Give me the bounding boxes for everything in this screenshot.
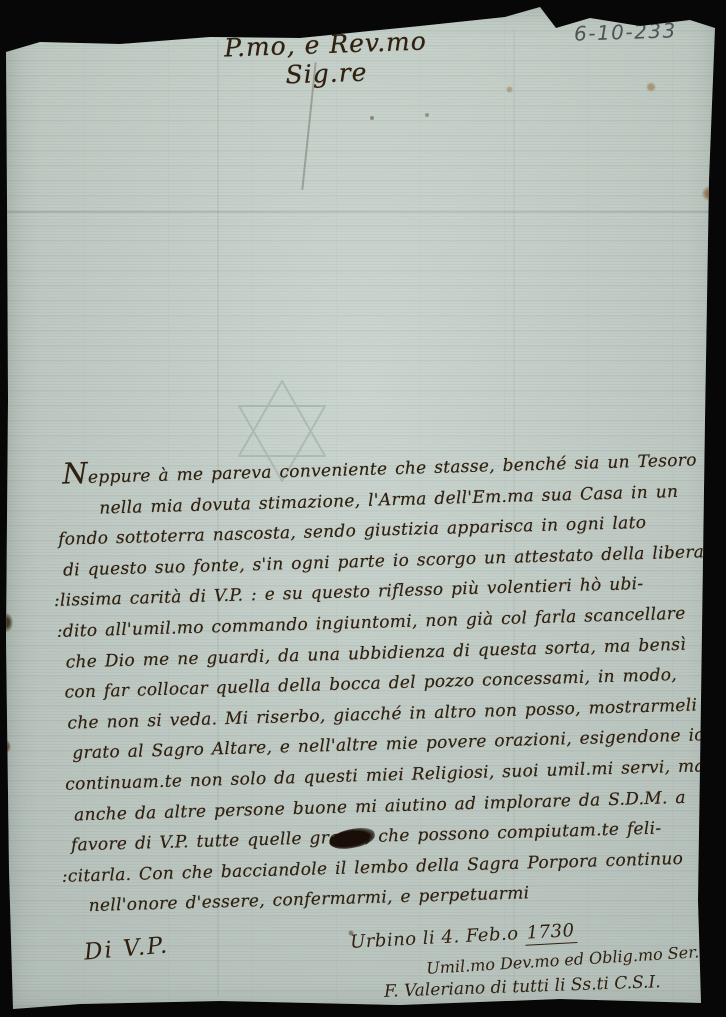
horizontal-fold-crease <box>6 211 712 213</box>
stain <box>646 82 656 92</box>
stain <box>370 116 374 120</box>
dateline: Urbino li 4. Feb.o 1730 <box>350 920 577 953</box>
valediction: Di V.P. <box>83 932 170 965</box>
scan-background: 6-10-233 P.mo, e Rev.mo Sig.re Neppure à… <box>0 0 726 1017</box>
dateline-place: Urbino li 4. Feb.o <box>350 923 519 953</box>
stain <box>704 530 713 554</box>
letter-body: Neppure à me pareva conveniente che stas… <box>50 445 713 922</box>
stain <box>702 186 719 201</box>
stain <box>425 113 429 117</box>
stain <box>0 613 13 632</box>
salutation: P.mo, e Rev.mo Sig.re <box>195 25 457 92</box>
stain <box>1 740 11 753</box>
stain <box>506 86 513 93</box>
dateline-year: 1730 <box>524 920 577 946</box>
archival-number: 6-10-233 <box>574 18 678 46</box>
letter-page: 6-10-233 P.mo, e Rev.mo Sig.re Neppure à… <box>0 0 726 1017</box>
